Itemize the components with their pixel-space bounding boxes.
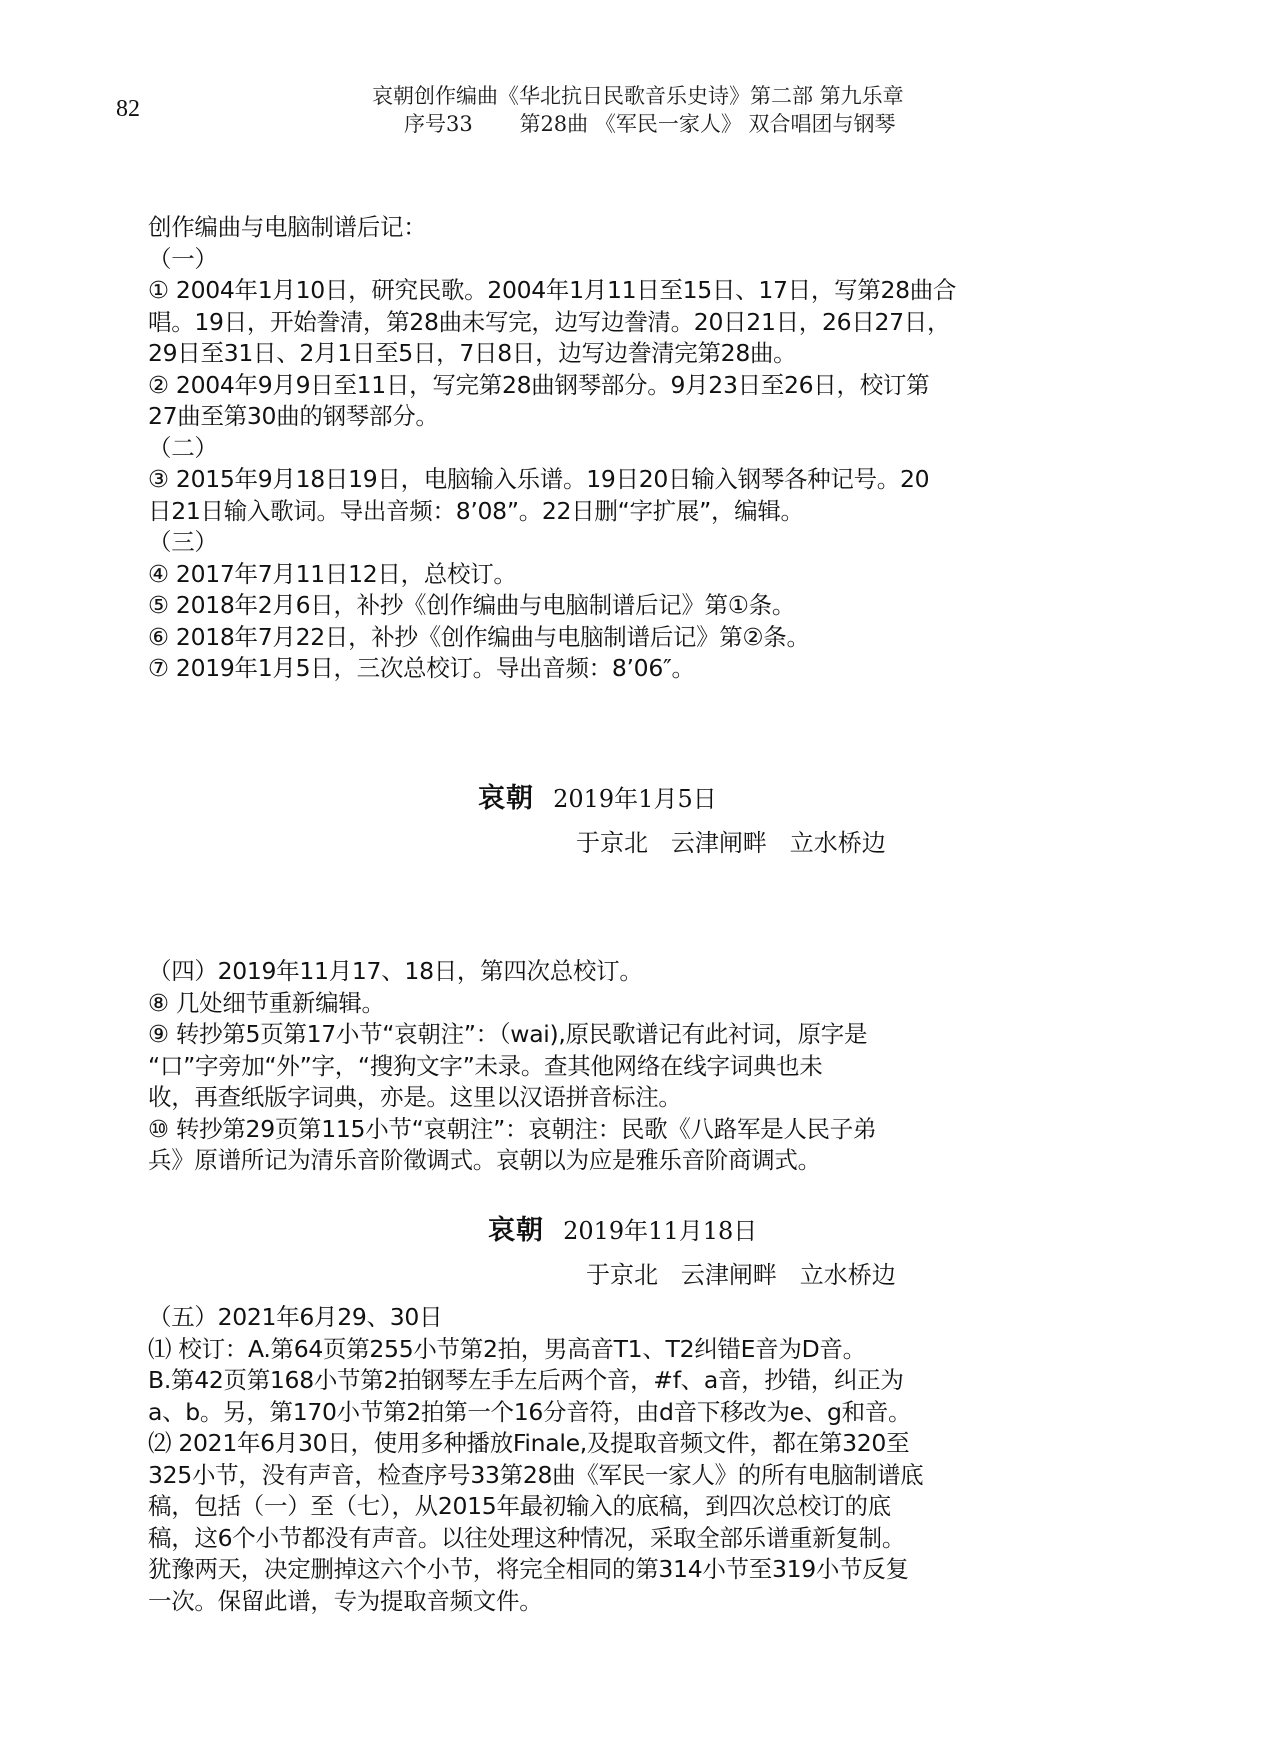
signature-block-1: 哀朝 2019年1月5日 于京北 云津闸畔 立水桥边 [478,776,886,858]
header-line-1: 哀朝创作编曲《华北抗日民歌音乐史诗》第二部 第九乐章 [372,82,904,110]
page-number: 82 [116,96,140,123]
postscript-title: 创作编曲与电脑制谱后记： [148,212,1088,244]
header-line-2: 序号33 第28曲 《军民一家人》 双合唱团与钢琴 [372,110,904,138]
section-heading-1: （一） [148,244,1088,276]
paragraph-line: ⑦ 2019年1月5日，三次总校订。导出音频：8’06″。 [148,653,1088,685]
section-heading-2: （二） [148,433,1088,465]
paragraph-line: ⑵ 2021年6月30日，使用多种播放Finale,及提取音频文件，都在第320… [148,1428,1088,1460]
paragraph-line: “口”字旁加“外”字，“搜狗文字”未录。查其他网络在线字词典也未 [148,1051,1088,1083]
paragraph-line: 日21日输入歌词。导出音频：8’08”。22日删“字扩展”，编辑。 [148,496,1088,528]
paragraph-line: ⑧ 几处细节重新编辑。 [148,988,1088,1020]
paragraph-line: 兵》原谱所记为清乐音阶徵调式。哀朝以为应是雅乐音阶商调式。 [148,1145,1088,1177]
section-heading-4: （四）2019年11月17、18日，第四次总校订。 [148,956,1088,988]
paragraph-line: 稿，包括（一）至（七），从2015年最初输入的底稿，到四次总校订的底 [148,1491,1088,1523]
paragraph-line: ⑨ 转抄第5页第17小节“哀朝注”：（wai),原民歌谱记有此衬词，原字是 [148,1019,1088,1051]
running-header: 哀朝创作编曲《华北抗日民歌音乐史诗》第二部 第九乐章 序号33 第28曲 《军民… [372,82,904,138]
signature-date: 2019年1月5日 [553,785,717,813]
paragraph-line: 稿，这6个小节都没有声音。以往处理这种情况，采取全部乐谱重新复制。 [148,1523,1088,1555]
paragraph-line: 一次。保留此谱，专为提取音频文件。 [148,1586,1088,1618]
paragraph-line: ④ 2017年7月11日12日，总校订。 [148,559,1088,591]
paragraph-line: ⑤ 2018年2月6日，补抄《创作编曲与电脑制谱后记》第①条。 [148,590,1088,622]
author-name: 哀朝 [488,1215,544,1246]
paragraph-line: ① 2004年1月10日，研究民歌。2004年1月11日至15日、17日，写第2… [148,275,1088,307]
paragraph-line: 唱。19日，开始誊清，第28曲未写完，边写边誊清。20日21日，26日27日， [148,307,1088,339]
section-heading-5: （五）2021年6月29、30日 [148,1302,1088,1334]
signature-place: 于京北 云津闸畔 立水桥边 [576,823,886,858]
section-heading-3: （三） [148,527,1088,559]
paragraph-line: 收，再查纸版字词典，亦是。这里以汉语拼音标注。 [148,1082,1088,1114]
paragraph-line: ③ 2015年9月18日19日，电脑输入乐谱。19日20日输入钢琴各种记号。20 [148,464,1088,496]
paragraph-line: ⑴ 校订：A.第64页第255小节第2拍，男高音T1、T2纠错E音为D音。 [148,1334,1088,1366]
paragraph-line: ② 2004年9月9日至11日，写完第28曲钢琴部分。9月23日至26日，校订第 [148,370,1088,402]
postscript-part-1: 创作编曲与电脑制谱后记： （一） ① 2004年1月10日，研究民歌。2004年… [148,212,1088,685]
signature-place: 于京北 云津闸畔 立水桥边 [586,1255,896,1290]
author-name: 哀朝 [478,783,534,814]
paragraph-line: 29日至31日、2月1日至5日，7日8日，边写边誊清完第28曲。 [148,338,1088,370]
paragraph-line: B.第42页第168小节第2拍钢琴左手左后两个音，#f、a音，抄错，纠正为 [148,1365,1088,1397]
paragraph-line: ⑩ 转抄第29页第115小节“哀朝注”：哀朝注：民歌《八路军是人民子弟 [148,1114,1088,1146]
paragraph-line: 27曲至第30曲的钢琴部分。 [148,401,1088,433]
paragraph-line: 325小节，没有声音，检查序号33第28曲《军民一家人》的所有电脑制谱底 [148,1460,1088,1492]
signature-date: 2019年11月18日 [563,1217,757,1245]
signature-block-2: 哀朝 2019年11月18日 于京北 云津闸畔 立水桥边 [488,1208,896,1290]
paragraph-line: a、b。另，第170小节第2拍第一个16分音符，由d音下移改为e、g和音。 [148,1397,1088,1429]
paragraph-line: ⑥ 2018年7月22日，补抄《创作编曲与电脑制谱后记》第②条。 [148,622,1088,654]
postscript-part-3: （五）2021年6月29、30日 ⑴ 校订：A.第64页第255小节第2拍，男高… [148,1302,1088,1617]
paragraph-line: 犹豫两天，决定删掉这六个小节，将完全相同的第314小节至319小节反复 [148,1554,1088,1586]
postscript-part-2: （四）2019年11月17、18日，第四次总校订。 ⑧ 几处细节重新编辑。 ⑨ … [148,956,1088,1177]
